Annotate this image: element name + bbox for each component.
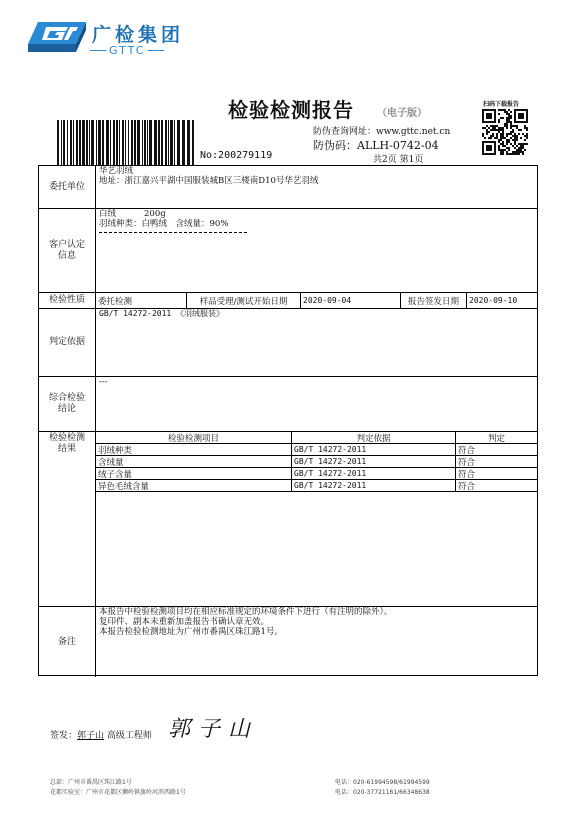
remarks-row: 备注 本报告中检验检测项目均在相应标准规定的环境条件下进行（有注明的除外）。 复… <box>39 607 537 677</box>
footer-lab: 花都实验室：广州市花都区狮岭镇旗岭河滨西路1号 <box>50 787 186 796</box>
remarks-label: 备注 <box>39 607 96 677</box>
sample-date-value: 2020-09-04 <box>301 293 401 308</box>
results-table-row: 异色毛绒含量GB/T 14272-2011符合 <box>96 480 537 492</box>
results-header-row: 检验检测项目 判定依据 判定 <box>96 432 537 444</box>
issue-date-label: 报告签发日期 <box>401 293 467 308</box>
footer-hq-phone: 电话：020-61994598/61994599 <box>335 777 430 786</box>
result-item: 含绒量 <box>96 456 292 467</box>
client-name: 华艺羽绒 <box>99 166 535 176</box>
remark-line: 复印件、副本未重新加盖报告书确认章无效。 <box>99 617 535 627</box>
conclusion-label: 综合检验结论 <box>39 377 96 431</box>
report-table: 委托单位 华艺羽绒 地址：浙江嘉兴平湖中国服装城B区三楼南D10号华艺羽绒 客户… <box>38 165 538 676</box>
client-label: 委托单位 <box>39 166 96 208</box>
footer-lab-phone: 电话：020-37721161/66348638 <box>335 787 430 796</box>
remarks-content: 本报告中检验检测项目均在相应标准规定的环境条件下进行（有注明的除外）。 复印件、… <box>97 607 537 677</box>
client-address: 地址：浙江嘉兴平湖中国服装城B区三楼南D10号华艺羽绒 <box>99 176 535 186</box>
result-basis: GB/T 14272-2011 <box>292 480 456 491</box>
report-title: 检验检测报告 <box>228 94 354 123</box>
result-item: 羽绒种类 <box>96 444 292 455</box>
qr-label: 扫码下载报告 <box>483 99 519 108</box>
result-verdict: 符合 <box>456 456 537 467</box>
results-label-line2: 结果 <box>49 444 85 455</box>
customer-info-label-line2: 信息 <box>49 251 85 262</box>
sample-date-label: 样品受理/测试开始日期 <box>187 293 301 308</box>
results-label-line1: 检验检测 <box>49 433 85 444</box>
results-label: 检验检测结果 <box>39 432 96 606</box>
basis-label: 判定依据 <box>39 309 96 376</box>
verify-url: 防伪查询网址：www.gttc.net.cn <box>313 124 450 137</box>
remark-line: 本报告中检验检测项目均在相应标准规定的环境条件下进行（有注明的除外）。 <box>99 607 535 617</box>
customer-info-row: 客户认定信息 白绒200g 羽绒种类：白鸭绒 含绒量：90% <box>39 209 537 293</box>
basis-text: GB/T 14272-2011 《羽绒服装》 <box>99 309 224 318</box>
conclusion-label-line2: 结论 <box>49 404 85 415</box>
down-weight: 200g <box>144 209 166 219</box>
results-table-row: 绒子含量GB/T 14272-2011符合 <box>96 468 537 480</box>
results-table-row: 含绒量GB/T 14272-2011符合 <box>96 456 537 468</box>
header-item: 检验检测项目 <box>96 432 292 443</box>
result-verdict: 符合 <box>456 468 537 479</box>
results-row: 检验检测结果 检验检测项目 判定依据 判定 羽绒种类GB/T 14272-201… <box>39 432 537 607</box>
customer-info-label-line1: 客户认定 <box>49 240 85 251</box>
page-info: 共2页 第1页 <box>373 152 423 165</box>
header-verdict: 判定 <box>456 432 537 443</box>
nature-value: 委托检测 <box>96 293 187 308</box>
verify-code: 防伪码：ALLH-0742-04 <box>313 137 439 153</box>
result-basis: GB/T 14272-2011 <box>292 444 456 455</box>
down-type-content: 羽绒种类：白鸭绒 含绒量：90% <box>99 219 535 229</box>
results-table-row: 羽绒种类GB/T 14272-2011符合 <box>96 444 537 456</box>
logo-name-en: GTTC <box>90 44 164 57</box>
signature-line: 签发：郭子山 高级工程师 <box>50 728 152 741</box>
conclusion-row: 综合检验结论 --- <box>39 377 537 432</box>
logo-name-en-text: GTTC <box>109 44 145 57</box>
customer-info-label: 客户认定信息 <box>39 209 96 292</box>
issue-date-value: 2020-09-10 <box>467 293 537 308</box>
conclusion-value: --- <box>97 377 537 431</box>
client-content: 华艺羽绒 地址：浙江嘉兴平湖中国服装城B区三楼南D10号华艺羽绒 <box>97 166 537 208</box>
qr-code-icon <box>482 109 528 155</box>
nature-label: 检验性质 <box>39 293 96 308</box>
gttc-logo-icon <box>28 22 86 52</box>
result-verdict: 符合 <box>456 480 537 491</box>
remark-line: 本报告检验检测地址为广州市番禺区珠江路1号。 <box>99 627 535 637</box>
result-basis: GB/T 14272-2011 <box>292 468 456 479</box>
result-item: 异色毛绒含量 <box>96 480 292 491</box>
header-basis: 判定依据 <box>292 432 456 443</box>
basis-row: 判定依据 GB/T 14272-2011 《羽绒服装》 <box>39 309 537 377</box>
edition-label: （电子版） <box>377 104 427 119</box>
result-verdict: 符合 <box>456 444 537 455</box>
handwritten-signature: 郭子山 <box>168 712 258 743</box>
signer-name: 郭子山 <box>77 731 104 741</box>
down-item: 白绒 <box>99 209 116 219</box>
barcode-icon <box>57 120 197 165</box>
footer-hq: 总部：广州市番禺区珠江路1号 <box>50 777 132 786</box>
result-item: 绒子含量 <box>96 468 292 479</box>
inspection-row: 检验性质 委托检测 样品受理/测试开始日期 2020-09-04 报告签发日期 … <box>39 293 537 309</box>
dashed-divider <box>99 232 247 233</box>
client-row: 委托单位 华艺羽绒 地址：浙江嘉兴平湖中国服装城B区三楼南D10号华艺羽绒 <box>39 166 537 209</box>
basis-value: GB/T 14272-2011 《羽绒服装》 <box>97 309 537 376</box>
result-basis: GB/T 14272-2011 <box>292 456 456 467</box>
logo-name-cn: 广检集团 <box>92 20 184 47</box>
signer-title: 高级工程师 <box>107 731 152 741</box>
signature-label: 签发： <box>50 731 77 741</box>
customer-info-content: 白绒200g 羽绒种类：白鸭绒 含绒量：90% <box>97 209 537 292</box>
conclusion-label-line1: 综合检验 <box>49 393 85 404</box>
report-number: No:200279119 <box>200 150 272 161</box>
